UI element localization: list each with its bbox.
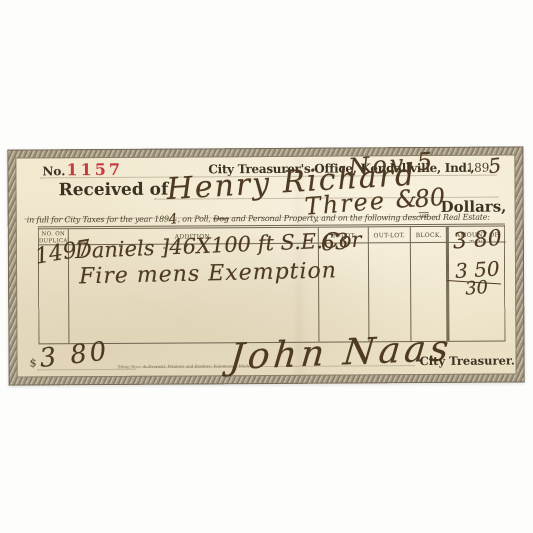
total-currency-symbol: $ [30, 356, 37, 369]
col-header-block: BLOCK. [411, 227, 448, 243]
received-of-label: Received of [58, 180, 168, 201]
handwritten-year-digit: 5 [487, 153, 502, 178]
handwritten-amount-row3: 30 [464, 277, 488, 300]
body-clause-mid2: and Personal Property, and on the follow… [229, 213, 490, 224]
receipt-number: 1157 [66, 160, 123, 179]
body-clause-mid1: , on Poll, [178, 214, 214, 223]
col-header-out-lot: OUT-LOT. [369, 227, 411, 243]
signature-title: City Treasurer. [420, 353, 515, 368]
body-clause-pre: in full for City Taxes for the year 189 [27, 215, 169, 225]
receipt-paper: No. 1157 City Treasurer's Office, Kendal… [15, 154, 516, 377]
table-col-block [411, 243, 449, 341]
receipt-no-label: No. [42, 164, 65, 178]
year-printed: 189 [466, 161, 489, 175]
handwritten-in-lot-row1: 63 [320, 230, 350, 257]
handwritten-signature: John Naas [228, 328, 455, 378]
table-col-out-lot [369, 243, 412, 341]
struck-word-dog: Dog [213, 214, 229, 223]
handwritten-amount-row1: 3 80 [452, 226, 503, 255]
tax-receipt-document: No. 1157 City Treasurer's Office, Kendal… [7, 146, 524, 385]
